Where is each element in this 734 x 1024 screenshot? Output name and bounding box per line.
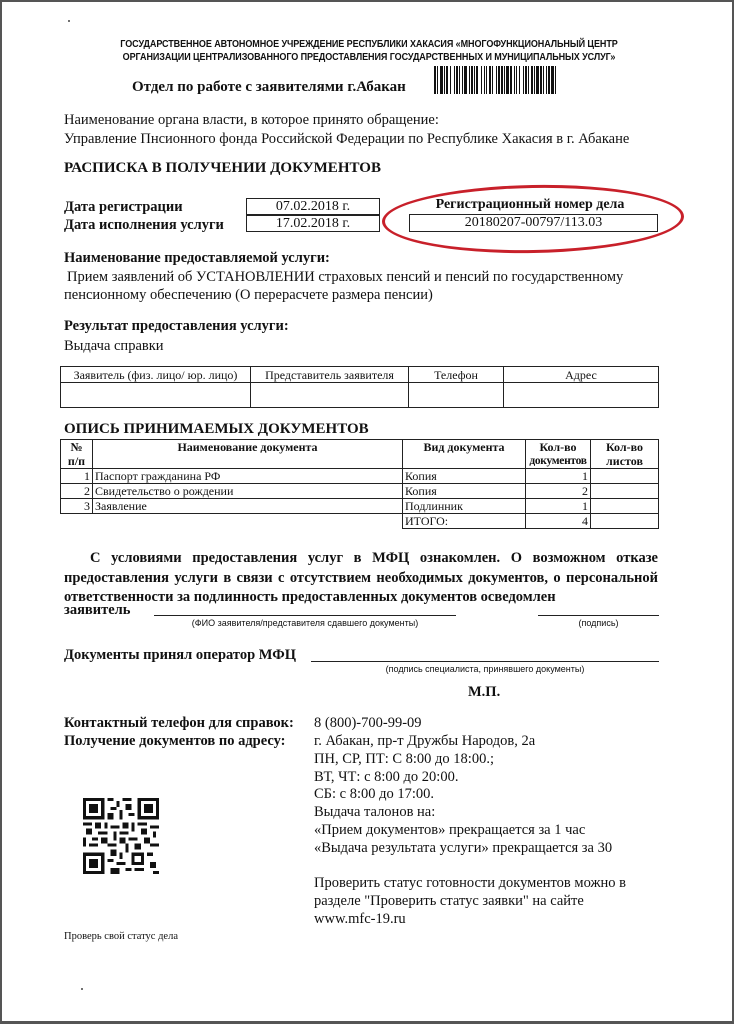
website-link[interactable]: www.mfc-19.ru <box>314 911 626 929</box>
barcode-icon <box>434 66 645 94</box>
operator-signature-caption: (подпись специалиста, принявшего докумен… <box>311 664 659 674</box>
qr-caption: Проверь свой статус дела <box>64 931 178 942</box>
status-check-line: разделе "Проверить статус заявки" на сай… <box>314 893 626 911</box>
completion-date-label: Дата исполнения услуги <box>64 217 224 234</box>
header-sheet-count: Кол-во листов <box>591 440 659 469</box>
receipt-document: ГОСУДАРСТВЕННОЕ АВТОНОМНОЕ УЧРЕЖДЕНИЕ РЕ… <box>0 0 734 1024</box>
registration-date-value: 07.02.2018 г. <box>246 198 380 215</box>
inventory-header: № п/п Наименование документа Вид докумен… <box>61 440 659 469</box>
status-check-block: Проверить статус готовности документов м… <box>314 875 626 928</box>
applicant-cell <box>61 383 251 408</box>
scan-speck <box>68 20 70 22</box>
service-text: Прием заявлений об УСТАНОВЛЕНИИ страховы… <box>64 268 674 304</box>
stamp-placeholder: М.П. <box>468 684 500 701</box>
row-document-type: Подлинник <box>403 499 526 514</box>
applicant-signature-caption: (подпись) <box>538 618 659 628</box>
applicant-table-row <box>61 383 659 408</box>
hours-line: СБ: с 8:00 до 17:00. <box>314 786 612 804</box>
total-sheet-count <box>591 514 659 529</box>
row-document-type: Копия <box>403 469 526 484</box>
applicant-signature-line[interactable] <box>538 615 659 616</box>
operator-label: Документы принял оператор МФЦ <box>64 647 296 664</box>
qr-code-icon[interactable] <box>83 798 159 874</box>
hours-line: ПН, СР, ПТ: С 8:00 до 18:00.; <box>314 751 612 769</box>
authority-label: Наименование органа власти, в которое пр… <box>64 112 439 129</box>
applicant-table-header: Заявитель (физ. лицо/ юр. лицо) Представ… <box>61 367 659 383</box>
department-title: Отдел по работе с заявителями г.Абакан <box>132 79 406 96</box>
row-number: 1 <box>61 469 93 484</box>
row-sheet-count <box>591 484 659 499</box>
header-sheet-count-line-2: листов <box>591 454 658 468</box>
header-number-line-2: п/п <box>61 454 92 468</box>
header-doc-count-line-1: Кол-во <box>526 440 590 454</box>
row-document-type: Копия <box>403 484 526 499</box>
header-sheet-count-line-1: Кол-во <box>591 440 658 454</box>
inventory-title: ОПИСЬ ПРИНИМАЕМЫХ ДОКУМЕНТОВ <box>64 421 369 438</box>
phone-cell <box>409 383 504 408</box>
address-block: г. Абакан, пр-т Дружбы Народов, 2а ПН, С… <box>314 733 612 858</box>
tickets-line: «Прием документов» прекращается за 1 час <box>314 822 612 840</box>
completion-date-value: 17.02.2018 г. <box>246 215 380 232</box>
receipt-title: РАСПИСКА В ПОЛУЧЕНИИ ДОКУМЕНТОВ <box>64 160 381 177</box>
result-label: Результат предоставления услуги: <box>64 318 289 335</box>
operator-signature-line[interactable] <box>311 661 659 662</box>
organization-line-2: ОРГАНИЗАЦИИ ЦЕНТРАЛИЗОВАННОГО ПРЕДОСТАВЛ… <box>88 51 650 64</box>
address-line: г. Абакан, пр-т Дружбы Народов, 2а <box>314 733 612 751</box>
row-document-name: Паспорт гражданина РФ <box>93 469 403 484</box>
row-number: 2 <box>61 484 93 499</box>
table-row: 1 Паспорт гражданина РФ Копия 1 <box>61 469 659 484</box>
registration-date-label: Дата регистрации <box>64 199 183 216</box>
row-document-count: 1 <box>526 499 591 514</box>
row-sheet-count <box>591 499 659 514</box>
organization-line-1: ГОСУДАРСТВЕННОЕ АВТОНОМНОЕ УЧРЕЖДЕНИЕ РЕ… <box>88 38 650 51</box>
header-address: Адрес <box>504 367 659 383</box>
phone-value: 8 (800)-700-99-09 <box>314 715 422 733</box>
row-document-count: 2 <box>526 484 591 499</box>
header-number-line-1: № <box>61 440 92 454</box>
table-row: 2 Свидетельство о рождении Копия 2 <box>61 484 659 499</box>
scan-speck <box>81 988 83 990</box>
header-document-type: Вид документа <box>403 440 526 469</box>
applicant-name-caption: (ФИО заявителя/представителя сдавшего до… <box>154 618 456 628</box>
applicant-table: Заявитель (физ. лицо/ юр. лицо) Представ… <box>60 366 659 408</box>
phone-label: Контактный телефон для справок: <box>64 715 294 732</box>
row-number: 3 <box>61 499 93 514</box>
total-label: ИТОГО: <box>403 514 526 529</box>
row-sheet-count <box>591 469 659 484</box>
hours-line: ВТ, ЧТ: с 8:00 до 20:00. <box>314 769 612 787</box>
representative-cell <box>251 383 409 408</box>
header-applicant: Заявитель (физ. лицо/ юр. лицо) <box>61 367 251 383</box>
tickets-line: Выдача талонов на: <box>314 804 612 822</box>
applicant-name-line[interactable] <box>154 615 456 616</box>
document-inventory-table: № п/п Наименование документа Вид докумен… <box>60 439 659 529</box>
service-text-line-1: Прием заявлений об УСТАНОВЛЕНИИ страховы… <box>64 268 674 286</box>
tickets-line: «Выдача результата услуги» прекращается … <box>314 840 612 858</box>
header-representative: Представитель заявителя <box>251 367 409 383</box>
total-empty-cell <box>61 514 93 529</box>
header-number: № п/п <box>61 440 93 469</box>
address-label: Получение документов по адресу: <box>64 733 285 750</box>
authority-value: Управление Пнсионного фонда Российской Ф… <box>64 131 629 148</box>
result-value: Выдача справки <box>64 337 674 355</box>
header-document-name: Наименование документа <box>93 440 403 469</box>
total-row: ИТОГО: 4 <box>61 514 659 529</box>
row-document-name: Заявление <box>93 499 403 514</box>
table-row: 3 Заявление Подлинник 1 <box>61 499 659 514</box>
service-label: Наименование предоставляемой услуги: <box>64 250 330 267</box>
total-empty-cell <box>93 514 403 529</box>
header-doc-count-line-2: документов <box>526 454 590 468</box>
organization-header: ГОСУДАРСТВЕННОЕ АВТОНОМНОЕ УЧРЕЖДЕНИЕ РЕ… <box>88 38 650 64</box>
status-check-line: Проверить статус готовности документов м… <box>314 875 626 893</box>
terms-acknowledgement: С условиями предоставления услуг в МФЦ о… <box>64 549 658 608</box>
row-document-count: 1 <box>526 469 591 484</box>
address-cell <box>504 383 659 408</box>
total-document-count: 4 <box>526 514 591 529</box>
service-text-line-2: пенсионному обеспечению (О перерасчете р… <box>64 286 674 304</box>
row-document-name: Свидетельство о рождении <box>93 484 403 499</box>
highlight-ellipse <box>381 182 684 255</box>
terms-text: С условиями предоставления услуг в МФЦ о… <box>64 550 658 605</box>
applicant-signature-label: заявитель <box>64 602 130 619</box>
header-phone: Телефон <box>409 367 504 383</box>
header-document-count: Кол-во документов <box>526 440 591 469</box>
